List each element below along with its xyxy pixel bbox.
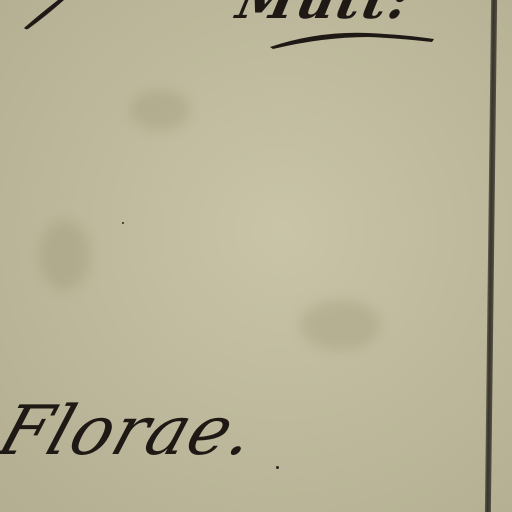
ink-dot (276, 466, 279, 469)
stain (130, 90, 190, 130)
stain (40, 220, 90, 290)
stain (300, 300, 380, 350)
bottom-handwritten-word: Florae. (0, 392, 267, 471)
ink-speck (122, 222, 124, 224)
top-left-flourish (18, 0, 68, 32)
top-underline-stroke (268, 25, 438, 51)
